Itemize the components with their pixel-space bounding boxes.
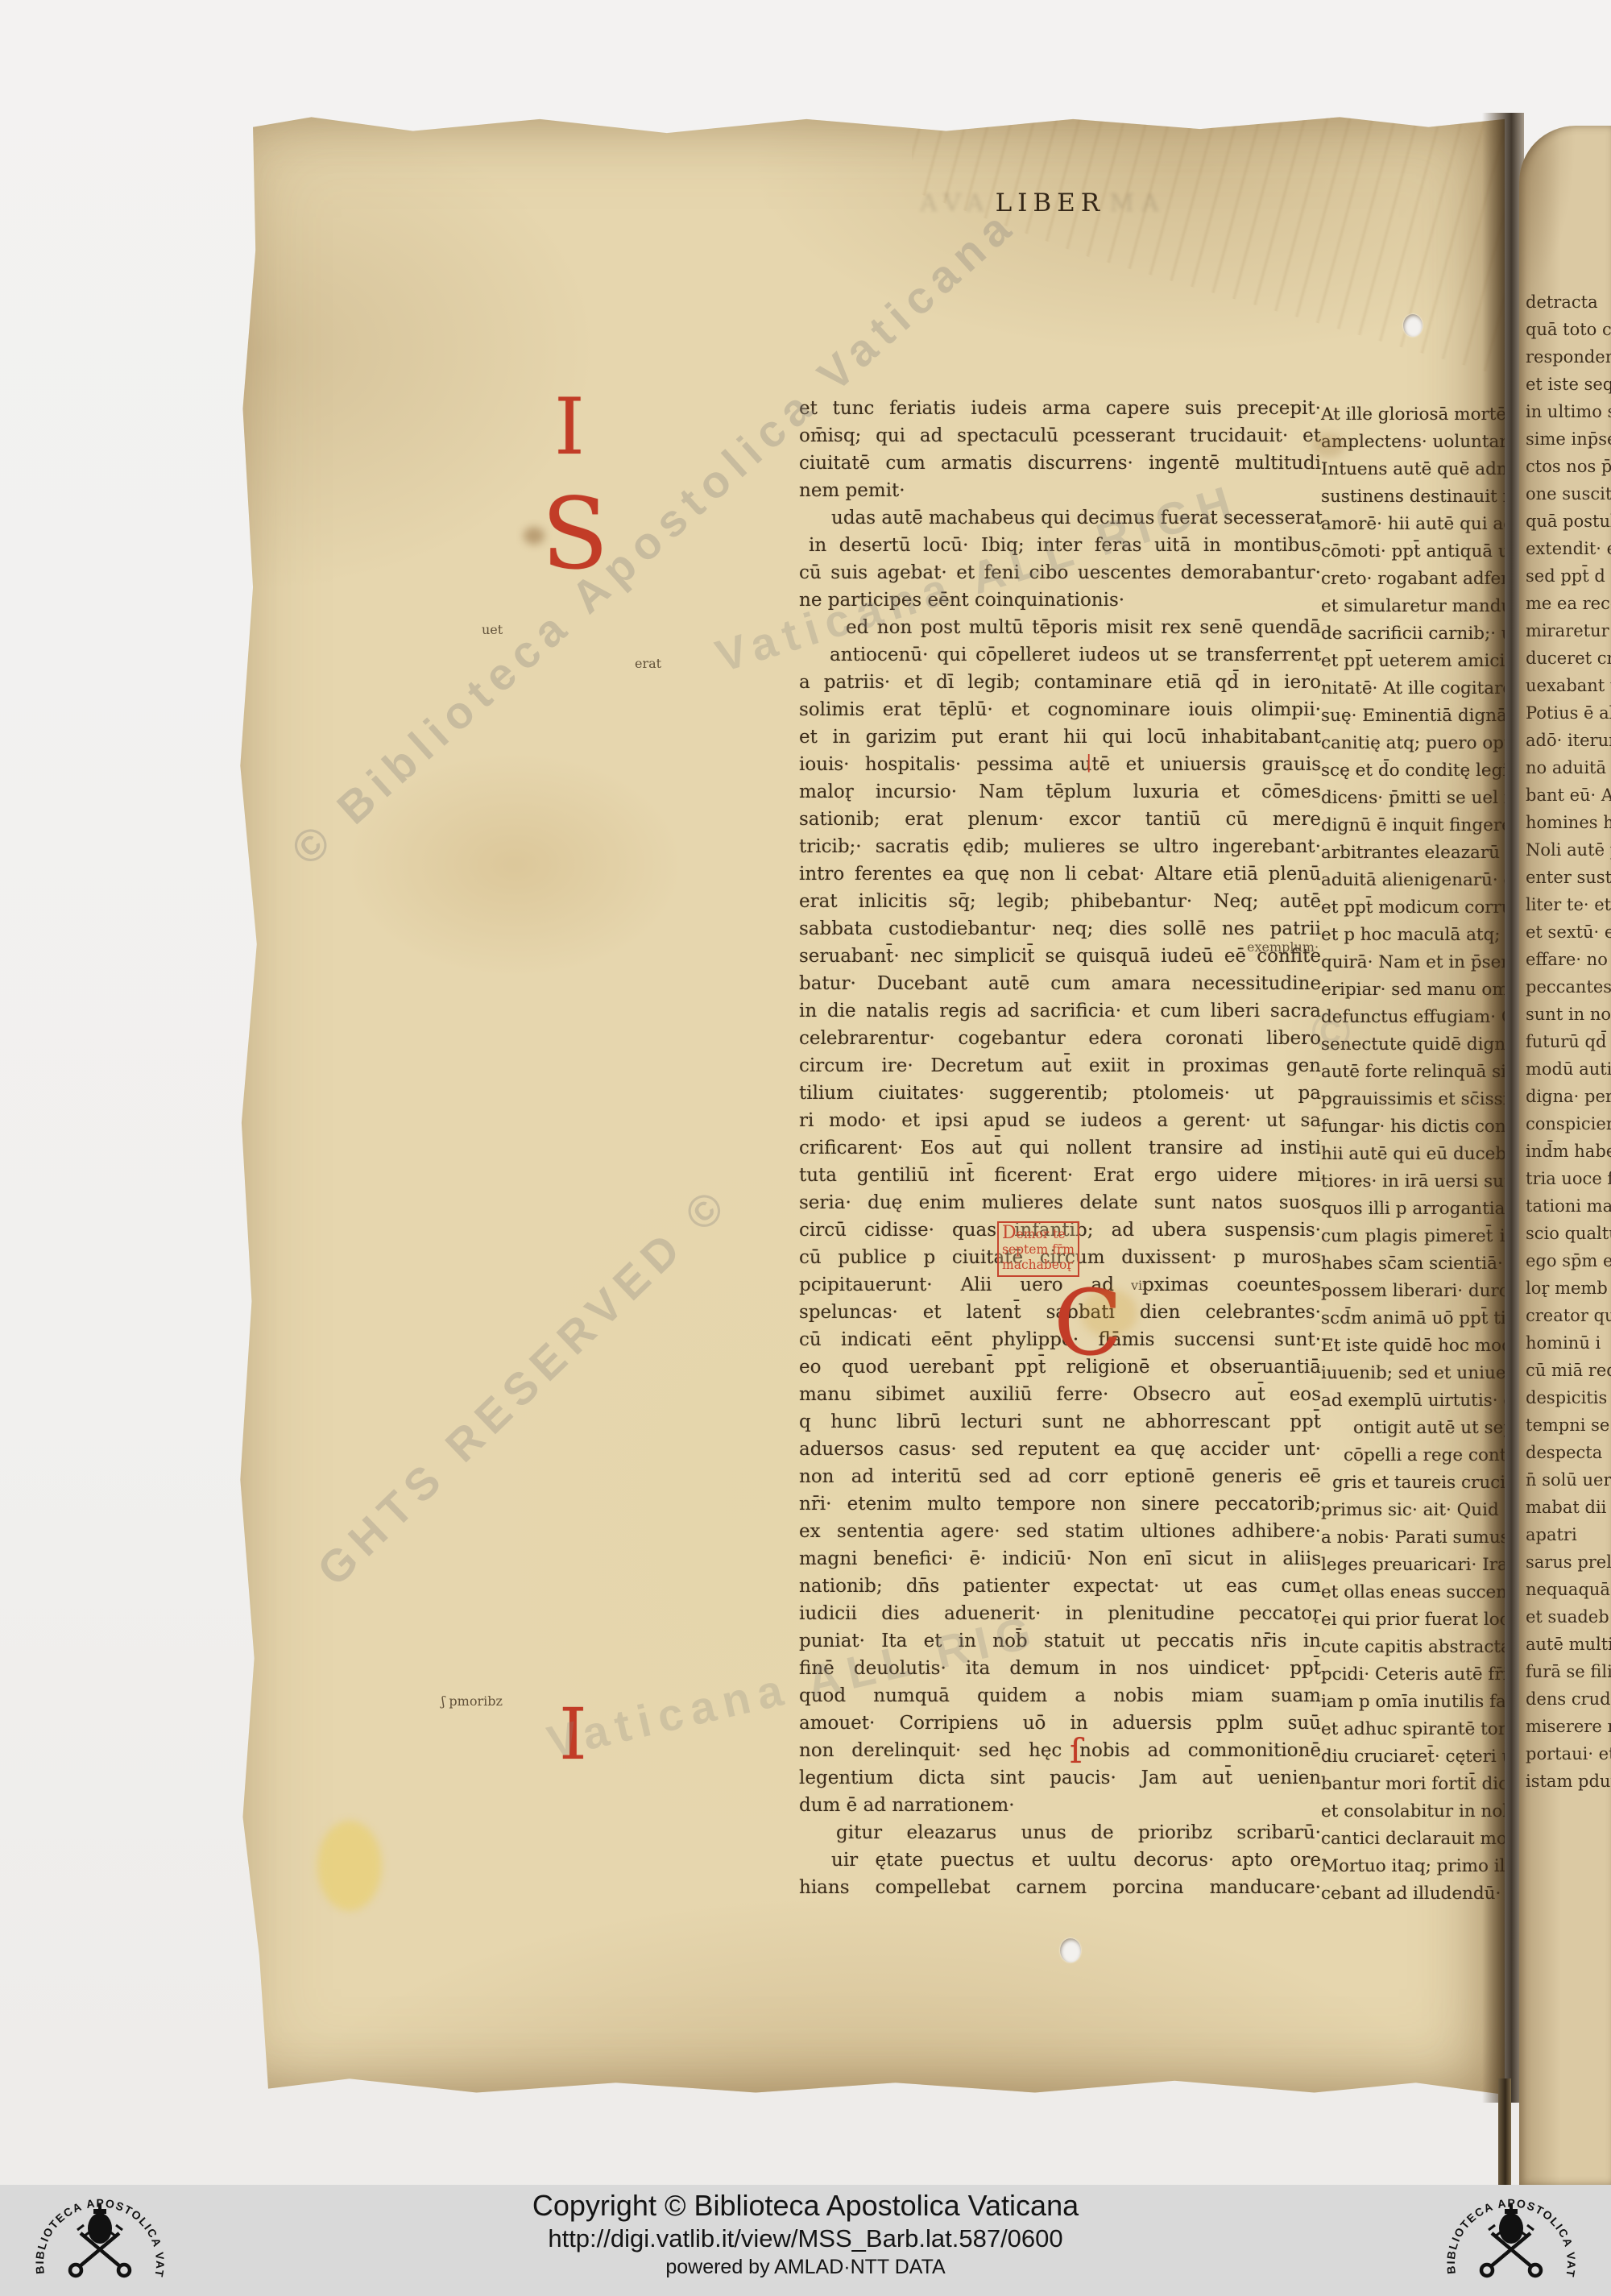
footer-bar: BIBLIOTECA APOSTOLICA VATICANA Copyright… <box>0 2185 1611 2296</box>
manuscript-text-line: celebrarentur· cogebantur edera coronati… <box>799 1025 1321 1052</box>
manuscript-text-line: seruabant̄· nec simplicit̄ se quisquā iu… <box>799 943 1321 970</box>
manuscript-text-line: malor̨ incursio· Nam tēplum luxuria et c… <box>799 778 1321 806</box>
manuscript-text-line: ciuitatē cum armatis discurrens· ingentē… <box>799 450 1321 477</box>
facing-page-text-line: miraretur <box>1526 617 1611 644</box>
manuscript-text-line: iudicii dies aduenerit· in plenitudine p… <box>799 1600 1321 1627</box>
facing-page-text-line: me ea recep <box>1526 590 1611 617</box>
facing-page-text-line: mabat dii <box>1526 1494 1611 1521</box>
facing-page-text-line: n̄ solū uer <box>1526 1466 1611 1494</box>
facing-page-text-line: et sextū· et <box>1526 918 1611 946</box>
facing-page-text: detractaquā toto correspondens pet iste … <box>1526 288 1611 1795</box>
manuscript-text-line: sationib; erat plenum· excor tantiū cū m… <box>799 806 1321 833</box>
manuscript-text-line: antiocenū· qui cōpelleret iudeos ut se t… <box>799 641 1321 669</box>
facing-page-text-line: uexabant u <box>1526 672 1611 699</box>
manuscript-text-line: manu sibimet auxiliū ferre· Obsecro aut̄… <box>799 1381 1321 1408</box>
footer-text: Copyright © Biblioteca Apostolica Vatica… <box>0 2188 1611 2280</box>
facing-page-text-line: conspicien <box>1526 1110 1611 1138</box>
facing-page-text-line: ctos nos p̄su <box>1526 453 1611 480</box>
facing-page-text-line: peccantes i <box>1526 973 1611 1001</box>
facing-page-text-line: nequaquā <box>1526 1576 1611 1603</box>
manuscript-text-line: gitur eleazarus unus de prioribz scribar… <box>799 1819 1321 1846</box>
facing-page-text-line: quā toto cor <box>1526 316 1611 343</box>
manuscript-text-line: cū suis agebat· et feni cibo uescentes d… <box>799 559 1321 586</box>
vatican-library-logo: BIBLIOTECA APOSTOLICA VATICANA <box>1434 2186 1588 2294</box>
manuscript-text-line: erat inlicitis sq̄; legib; phibebantur· … <box>799 888 1321 915</box>
parchment-stain <box>524 527 545 545</box>
manuscript-page: AVA LIBER MA et tunc feriatis iudeis arm… <box>235 111 1505 2095</box>
facing-page-text-line: Potius ē ab <box>1526 699 1611 727</box>
facing-page-text-line: detracta <box>1526 288 1611 316</box>
facing-page-text-line: hominū i <box>1526 1329 1611 1357</box>
manuscript-text-line: seria· duę enim mulieres delate sunt nat… <box>799 1189 1321 1216</box>
facing-page-text-line: effare· no <box>1526 946 1611 973</box>
manuscript-text-line: iouis· hospitalis· pessima autē et uniue… <box>799 751 1321 778</box>
rubric-initial: I <box>554 395 585 461</box>
manuscript-text-line: q hunc librū lecturi sunt ne abhorrescan… <box>799 1408 1321 1436</box>
rubric-capital: D <box>1002 1223 1017 1243</box>
facing-page-text-line: despicitis <box>1526 1384 1611 1411</box>
manuscript-text-line: sabbata custodiebantur· neq; dies sollē … <box>799 915 1321 943</box>
rubric-initial: ſ <box>1070 1737 1083 1766</box>
facing-page-text-line: in ultimo sp <box>1526 398 1611 425</box>
text-column-left: et tunc feriatis iudeis arma capere suis… <box>799 395 1321 1901</box>
copyright-line: Copyright © Biblioteca Apostolica Vatica… <box>0 2188 1611 2223</box>
margin-note: vii <box>1131 1278 1146 1293</box>
manuscript-text-line: nr̄i· etenim multo tempore non sinere pe… <box>799 1490 1321 1518</box>
digitized-manuscript-photo: AVA LIBER MA et tunc feriatis iudeis arm… <box>0 0 1611 2296</box>
manuscript-text-line: ri modo· et ipsi apud se iudeos a gerent… <box>799 1107 1321 1134</box>
parchment-speckle-texture <box>912 111 1505 377</box>
facing-page-text-line: et iste seque <box>1526 371 1611 398</box>
manuscript-text-line: uir ętate puectus et uultu decorus· apto… <box>799 1846 1321 1874</box>
papal-tiara-icon <box>1499 2204 1523 2244</box>
manuscript-text-line: intro ferentes ea quę non li cebat· Alta… <box>799 860 1321 888</box>
manuscript-text-line: magni benefici· ē· indiciū· Non enī sicu… <box>799 1545 1321 1573</box>
book-edge <box>1498 2078 1511 2186</box>
manuscript-text-line: tilium ciuitates· suggerentib; ptolomeis… <box>799 1080 1321 1107</box>
manuscript-text-line: tuta gentiliū int̄ ficerent· Erat ergo u… <box>799 1162 1321 1189</box>
facing-page-text-line: portaui· et <box>1526 1740 1611 1768</box>
manuscript-text-line: batur· Ducebant autē cum amara necessitu… <box>799 970 1321 997</box>
margin-note: ʃ pmoribz <box>441 1693 503 1709</box>
manuscript-text-line: et tunc feriatis iudeis arma capere suis… <box>799 395 1321 422</box>
show-through-ink: AVA <box>920 189 991 218</box>
facing-page-text-line: no aduitā r <box>1526 754 1611 781</box>
facing-page-text-line: sunt in nob <box>1526 1001 1611 1028</box>
facing-page-text-line: sime inp̄sen <box>1526 425 1611 453</box>
manuscript-text-line: non derelinquit· sed hęc nobis ad common… <box>799 1737 1321 1764</box>
facing-page-text-line: sarus prel <box>1526 1548 1611 1576</box>
parchment-stain <box>1311 433 1345 458</box>
facing-page-text-line: istam pdux <box>1526 1768 1611 1795</box>
parchment-stain <box>317 1821 382 1911</box>
manuscript-text-line: nem pemit· <box>799 477 1321 504</box>
facing-page-text-line: tationi mas <box>1526 1192 1611 1220</box>
facing-page-text-line: ego sp̄m et <box>1526 1247 1611 1274</box>
facing-page-text-line: digna· per <box>1526 1083 1611 1110</box>
manuscript-text-line: puniat· Ita et in nob̄ statuit ut peccat… <box>799 1627 1321 1655</box>
facing-page-text-line: tempni se <box>1526 1411 1611 1439</box>
facing-page-text-line: scio qualtū <box>1526 1220 1611 1247</box>
facing-page-text-line: despecta <box>1526 1439 1611 1466</box>
rubric-gutter-note: Demor teseptem fr̄mmachabeor̨ <box>997 1221 1079 1277</box>
source-url: http://digi.vatlib.it/view/MSS_Barb.lat.… <box>0 2223 1611 2254</box>
manuscript-text-line: quod numquā quidem a nobis miam suam <box>799 1682 1321 1710</box>
manuscript-text-line: legentium dicta sint paucis· Jam aut̄ ue… <box>799 1764 1321 1792</box>
margin-note: erat <box>635 656 661 671</box>
facing-page-text-line: liter te· et s <box>1526 891 1611 918</box>
facing-page-text-line: apatri <box>1526 1521 1611 1548</box>
manuscript-text-line: et in garizim put erant hii qui locū inh… <box>799 723 1321 751</box>
parchment-hole <box>1060 1938 1081 1962</box>
manuscript-text-line: amouet· Corripiens uō in aduersis pplm s… <box>799 1710 1321 1737</box>
margin-note: | <box>1086 752 1091 773</box>
manuscript-text-line: circum ire· Decretum aut̄ exiit in proxi… <box>799 1052 1321 1080</box>
manuscript-text-line: tricib;· sacratis ędib; mulieres se ultr… <box>799 833 1321 860</box>
rubric-initial: S <box>541 493 609 577</box>
facing-page-text-line: modū auti <box>1526 1055 1611 1083</box>
manuscript-text-line: nationib; dn̄s patienter expectat· ut ea… <box>799 1573 1321 1600</box>
facing-page-text-line: furā se filio <box>1526 1658 1611 1685</box>
manuscript-text-line: ex sententia agere· sed statim ultiones … <box>799 1518 1321 1545</box>
facing-page-text-line: adō· iterum <box>1526 727 1611 754</box>
facing-page-text-line: one suscitab <box>1526 480 1611 508</box>
facing-page-text-line: duceret cru <box>1526 644 1611 672</box>
manuscript-text-line: crificarent· Eos aut̄ qui nollent transi… <box>799 1134 1321 1162</box>
facing-page-text-line: tria uoce f <box>1526 1165 1611 1192</box>
show-through-ink: MA <box>1109 189 1166 218</box>
gutter-note-line: Demor te <box>1002 1225 1075 1242</box>
parchment-stain <box>1081 1289 1137 1337</box>
manuscript-text-line: non ad interitū sed ad corr eptionē gene… <box>799 1463 1321 1490</box>
facing-page-text-line: extendit· et <box>1526 535 1611 562</box>
running-title: AVA LIBER MA <box>920 189 1166 218</box>
parchment-hole <box>1403 314 1423 337</box>
rubric-initial: I <box>559 1705 587 1765</box>
running-title-text: LIBER <box>996 189 1106 218</box>
facing-page-text-line: miserere m <box>1526 1713 1611 1740</box>
powered-by-line: powered by AMLAD·NTT DATA <box>0 2254 1611 2280</box>
manuscript-text-line: ed non post multū tēporis misit rex senē… <box>799 614 1321 641</box>
facing-page-sliver: detractaquā toto correspondens pet iste … <box>1519 126 1611 2185</box>
manuscript-text-line: in die natalis regis ad sacrificia· et c… <box>799 997 1321 1025</box>
facing-page-text-line: autē multis <box>1526 1631 1611 1658</box>
facing-page-text-line: homines ha <box>1526 809 1611 836</box>
margin-note: exemplum· <box>1247 939 1319 955</box>
facing-page-text-line: quā postula <box>1526 508 1611 535</box>
facing-page-text-line: creator qui <box>1526 1302 1611 1329</box>
gutter-note-line: machabeor̨ <box>1002 1258 1075 1273</box>
facing-page-text-line: dens crudel <box>1526 1685 1611 1713</box>
facing-page-text-line: lor̨ memb <box>1526 1274 1611 1302</box>
book-gutter-shadow <box>1482 113 1524 2103</box>
facing-page-text-line: et suadeb <box>1526 1603 1611 1631</box>
facing-page-text-line: respondens p <box>1526 343 1611 371</box>
facing-page-text-line: bant eū· At <box>1526 781 1611 809</box>
manuscript-text-line: dum ē ad narrationem· <box>799 1792 1321 1819</box>
gutter-note-line: septem fr̄m <box>1002 1242 1075 1258</box>
manuscript-text-line: solimis erat tēplū· et cognominare iouis… <box>799 696 1321 723</box>
facing-page-text-line: enter sustin <box>1526 864 1611 891</box>
facing-page-text-line: Noli autē p <box>1526 836 1611 864</box>
manuscript-text-line: om̄isq; qui ad spectaculū pcesserant tru… <box>799 422 1321 450</box>
facing-page-text-line: ind̄m habe <box>1526 1138 1611 1165</box>
manuscript-text-line: in desertū locū· Ibiq; inter feras uitā … <box>799 532 1321 559</box>
manuscript-text-line: hians compellebat carnem porcina manduca… <box>799 1874 1321 1901</box>
manuscript-text-line: ne participes eēnt coinquinationis· <box>799 586 1321 614</box>
manuscript-text-line: finē deuolutis· ita demum in nos uindice… <box>799 1655 1321 1682</box>
margin-note: uet <box>482 622 503 637</box>
manuscript-text-line: udas autē machabeus qui decimus fuerat s… <box>799 504 1321 532</box>
facing-page-text-line: cū miā red <box>1526 1357 1611 1384</box>
facing-page-text-line: futurū qd̄ <box>1526 1028 1611 1055</box>
facing-page-text-line: sed ppt̄ d <box>1526 562 1611 590</box>
manuscript-text-line: aduersos casus· sed reputent ea quę acci… <box>799 1436 1321 1463</box>
manuscript-text-line: a patriis· et dī legib; contaminare etiā… <box>799 669 1321 696</box>
